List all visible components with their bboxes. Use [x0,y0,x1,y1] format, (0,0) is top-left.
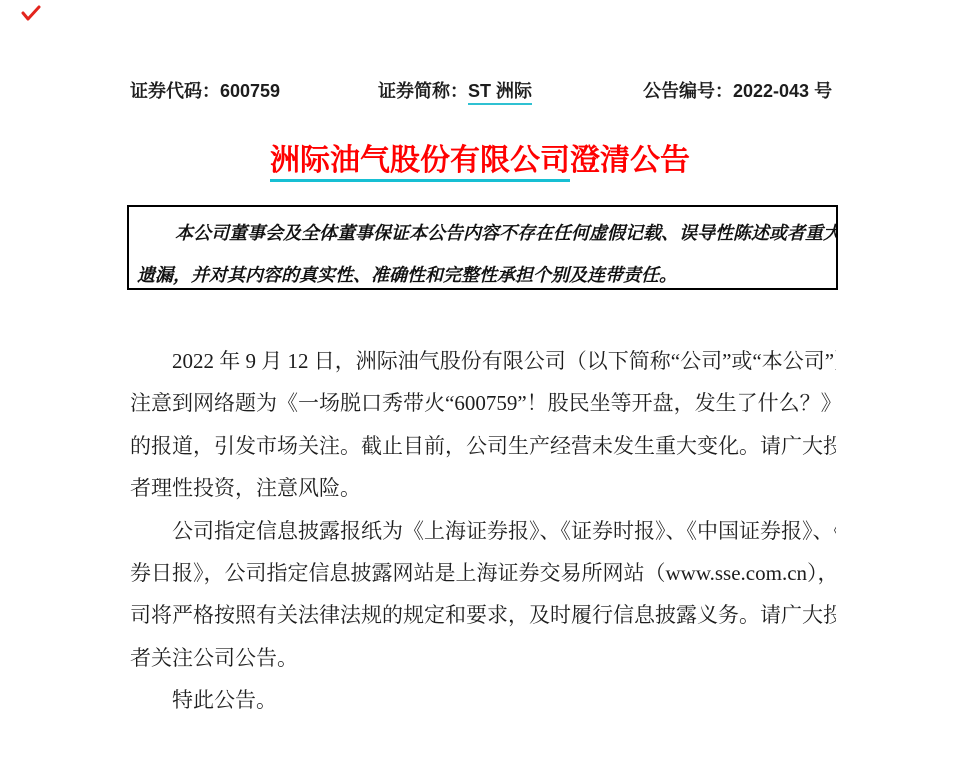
stock-code-label: 证券代码： [130,81,220,101]
body-line: 公司指定信息披露报纸为《上海证券报》、《证券时报》、《中国证券报》、《证 [130,510,836,552]
stock-abbr-link[interactable]: ST 洲际 [468,81,532,105]
body-line: 者关注公司公告。 [130,637,836,679]
body-line: 注意到网络题为《一场脱口秀带火“600759”！股民坐等开盘，发生了什么？》 [130,382,836,424]
declaration-line: 遗漏，并对其内容的真实性、准确性和完整性承担个别及连带责任。 [137,254,828,290]
company-name-link[interactable]: 洲际油气股份有限公司 [270,144,570,182]
body-line: 2022 年 9 月 12 日，洲际油气股份有限公司（以下简称“公司”或“本公司… [130,340,836,382]
page-title: 洲际油气股份有限公司澄清公告 [0,142,960,180]
securities-header-row: 证券代码：600759 证券简称：ST 洲际 公告编号：2022-043 号 [130,79,830,105]
announcement-body: 2022 年 9 月 12 日，洲际油气股份有限公司（以下简称“公司”或“本公司… [130,340,836,722]
board-declaration-box: 本公司董事会及全体董事保证本公告内容不存在任何虚假记载、误导性陈述或者重大 遗漏… [127,205,838,290]
stock-abbr-label: 证券简称： [378,81,468,101]
declaration-line: 本公司董事会及全体董事保证本公告内容不存在任何虚假记载、误导性陈述或者重大 [137,212,828,254]
stock-abbr-item: 证券简称：ST 洲际 [378,79,532,103]
announcement-no-item: 公告编号：2022-043 号 [643,79,832,103]
body-line: 券日报》，公司指定信息披露网站是上海证券交易所网站（www.sse.com.cn… [130,552,836,594]
body-line: 司将严格按照有关法律法规的规定和要求，及时履行信息披露义务。请广大投资 [130,594,836,636]
body-line: 者理性投资，注意风险。 [130,467,836,509]
announcement-no-value: 2022-043 号 [733,81,832,101]
body-line: 的报道，引发市场关注。截止目前，公司生产经营未发生重大变化。请广大投资 [130,425,836,467]
stock-code-item: 证券代码：600759 [130,79,280,103]
stock-code-value: 600759 [220,81,280,101]
title-suffix: 澄清公告 [570,144,690,177]
corner-red-mark-icon [21,5,41,23]
closing-line: 特此公告。 [130,679,836,721]
announcement-no-label: 公告编号： [643,81,733,101]
announcement-page: 证券代码：600759 证券简称：ST 洲际 公告编号：2022-043 号 洲… [0,0,960,770]
